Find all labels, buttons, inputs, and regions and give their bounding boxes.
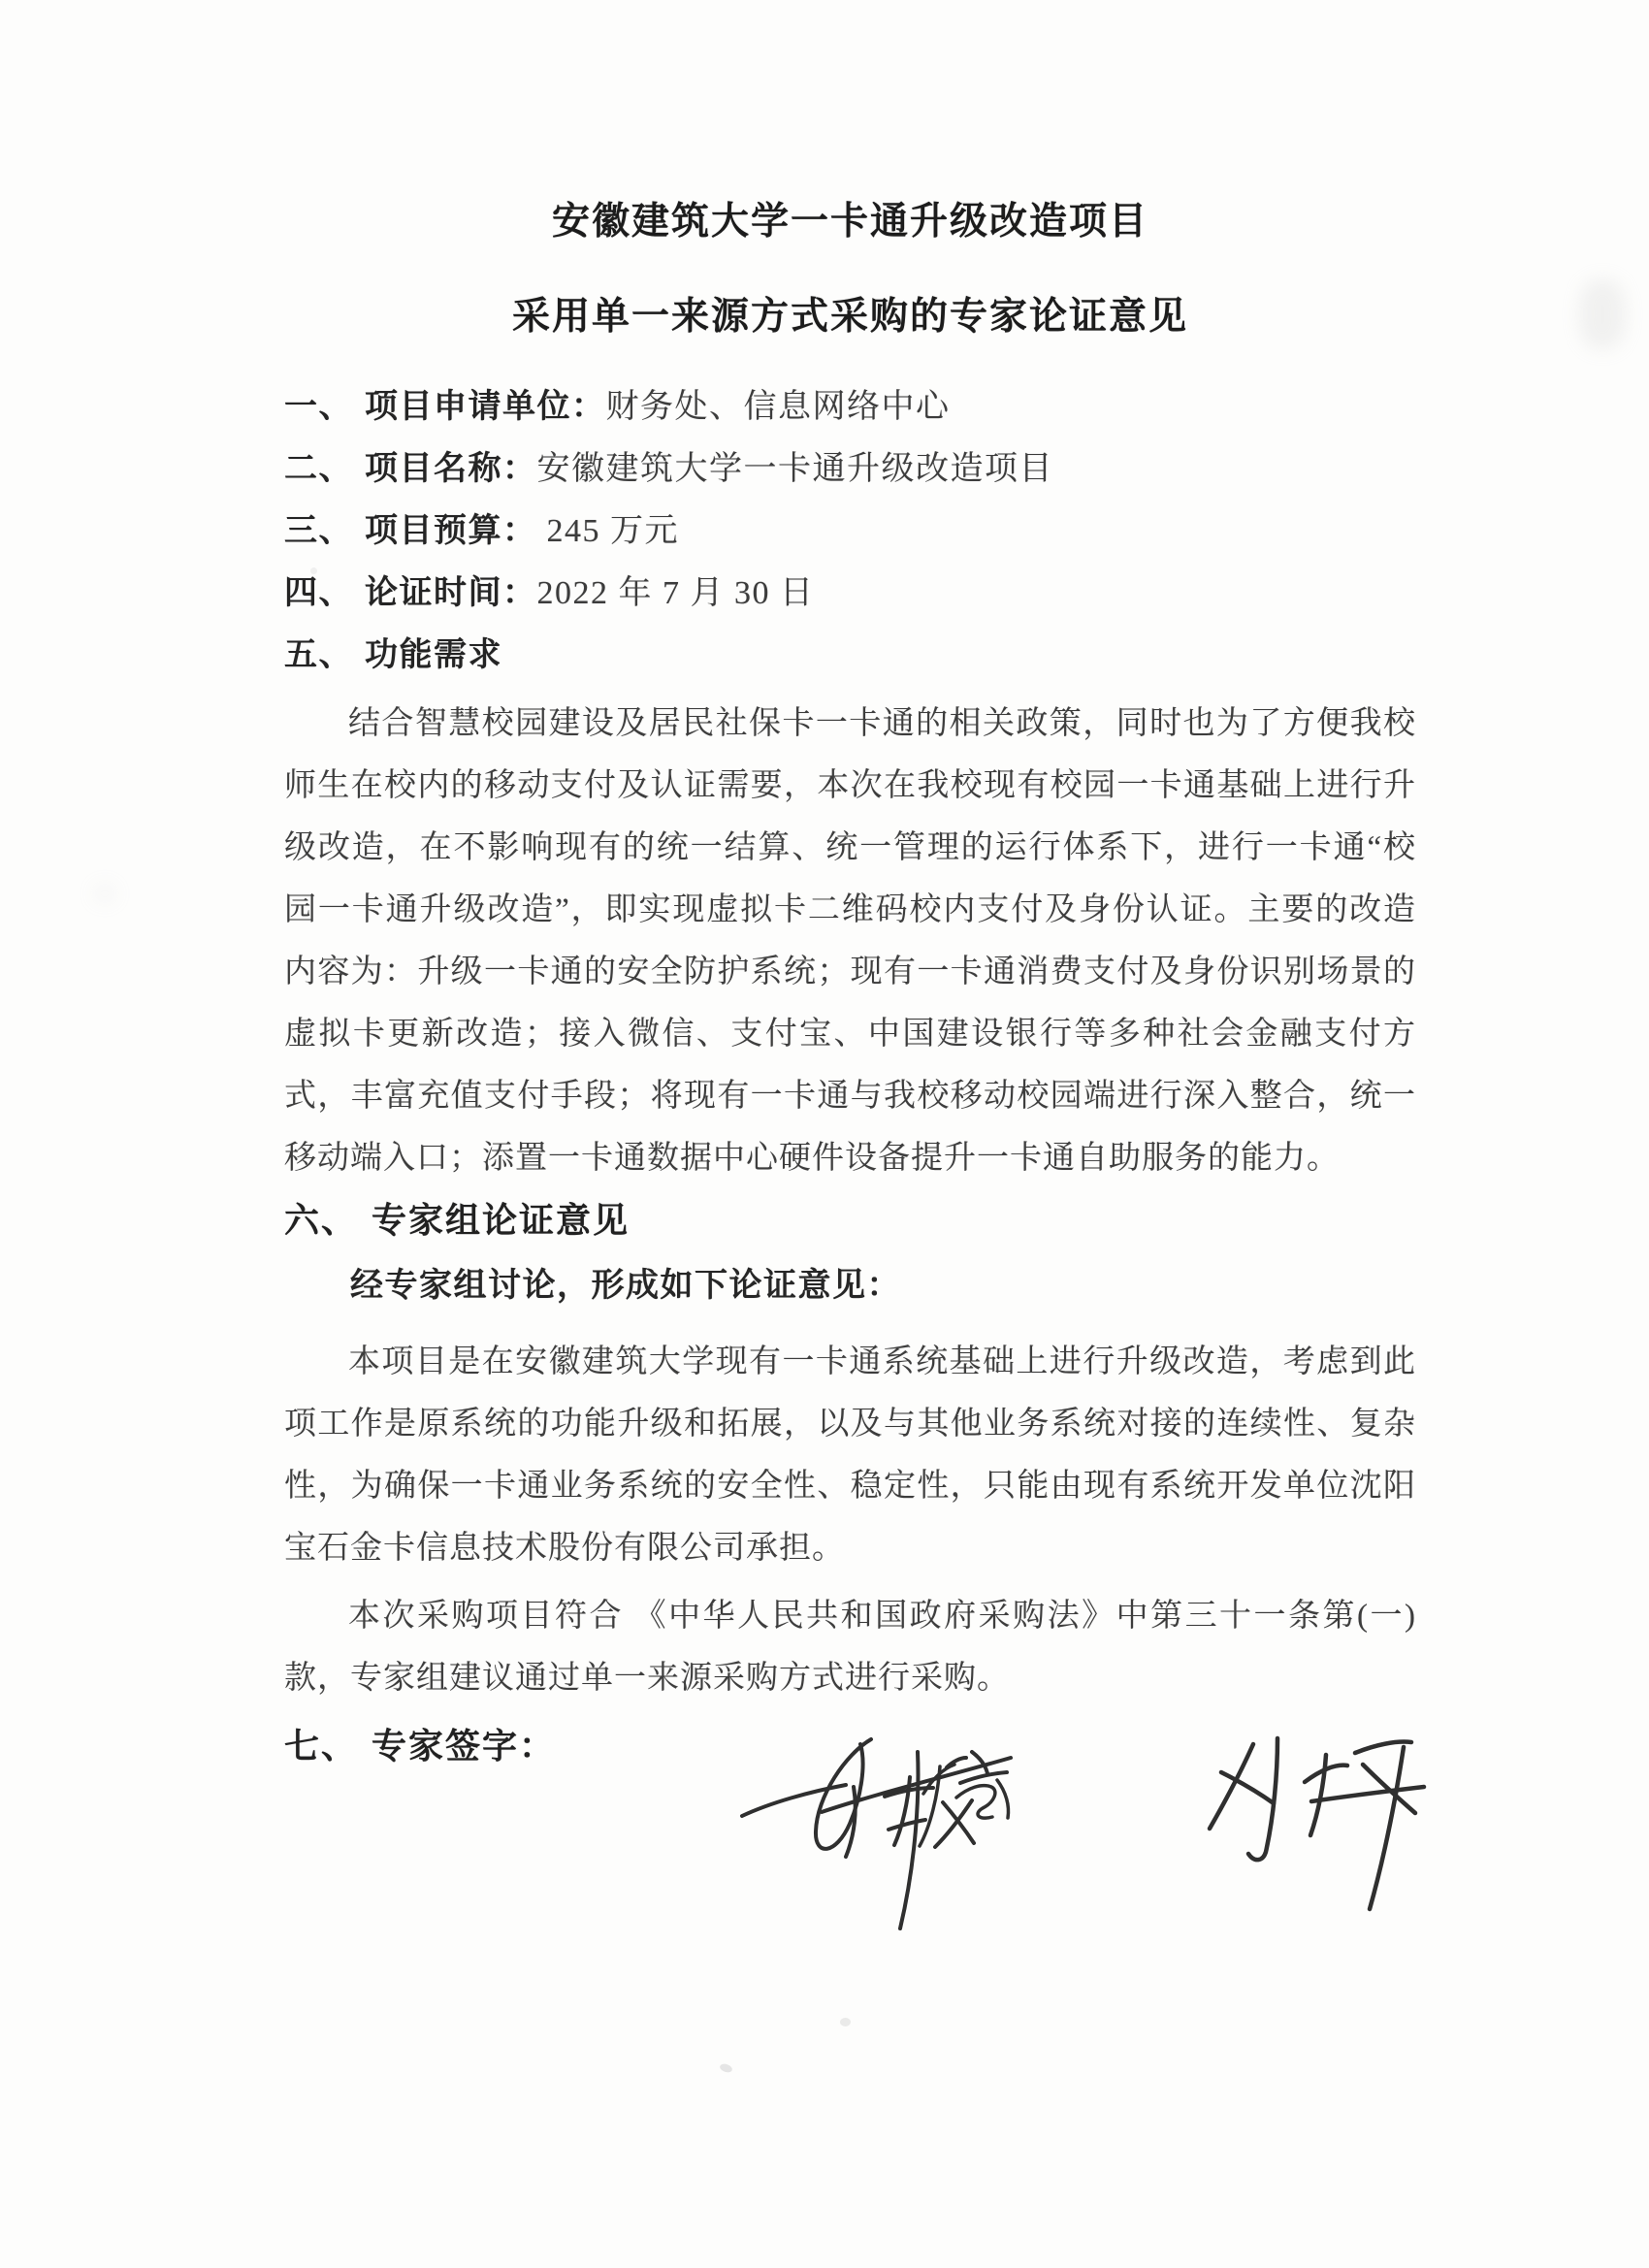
item-value: 245 万元 <box>537 513 680 549</box>
expert-signature-2 <box>920 1765 1009 1846</box>
item-number: 一、 <box>284 389 353 425</box>
item-label: 项目名称： <box>365 451 537 487</box>
item-number: 二、 <box>284 451 353 487</box>
item-value: 安徽建筑大学一卡通升级改造项目 <box>537 451 1054 487</box>
expert-discussion-intro: 经专家组讨论，形成如下论证意见： <box>284 1255 1416 1317</box>
list-item-budget: 三、项目预算： 245 万元 <box>284 501 1416 563</box>
signatures-area <box>669 1717 1455 1960</box>
expert-signature-3 <box>1210 1738 1424 1909</box>
scan-smudge <box>1579 279 1626 349</box>
list-item-review-date: 四、论证时间：2022 年 7 月 30 日 <box>284 563 1416 625</box>
item-label: 论证时间： <box>365 575 537 611</box>
expert-opinion-paragraph-2: 本次采购项目符合 《中华人民共和国政府采购法》中第三十一条第(一)款，专家组建议… <box>284 1585 1416 1709</box>
item-value: 财务处、信息网络中心 <box>606 389 951 425</box>
list-item-functional-requirements: 五、功能需求 <box>284 625 1416 687</box>
section6-number: 六、 <box>284 1201 358 1240</box>
section6-heading: 六、专家组论证意见 <box>284 1189 1416 1251</box>
scan-speck <box>310 567 317 574</box>
item-number: 四、 <box>284 575 353 611</box>
item-label: 项目申请单位： <box>365 389 606 425</box>
expert-signature-1 <box>742 1739 1011 1928</box>
scan-speck <box>840 2018 851 2026</box>
page-title-line2: 采用单一来源方式采购的专家论证意见 <box>284 287 1416 347</box>
section7-number: 七、 <box>284 1727 358 1766</box>
list-item-project-name: 二、项目名称：安徽建筑大学一卡通升级改造项目 <box>284 438 1416 501</box>
document-page: 安徽建筑大学一卡通升级改造项目 采用单一来源方式采购的专家论证意见 一、项目申请… <box>0 0 1649 2268</box>
page-title-line1: 安徽建筑大学一卡通升级改造项目 <box>284 192 1416 252</box>
functional-requirements-paragraph: 结合智慧校园建设及居民社保卡一卡通的相关政策，同时也为了方便我校师生在校内的移动… <box>284 693 1416 1189</box>
item-label: 功能需求 <box>365 637 502 673</box>
item-number: 五、 <box>284 637 353 673</box>
item-value: 2022 年 7 月 30 日 <box>537 575 815 611</box>
document-content: 安徽建筑大学一卡通升级改造项目 采用单一来源方式采购的专家论证意见 一、项目申请… <box>284 0 1416 1777</box>
scan-speck <box>719 2062 733 2074</box>
item-label: 项目预算： <box>365 513 537 549</box>
project-info-list: 一、项目申请单位：财务处、信息网络中心 二、项目名称：安徽建筑大学一卡通升级改造… <box>284 376 1416 687</box>
scan-smudge <box>92 883 117 904</box>
expert-opinion-paragraph-1: 本项目是在安徽建筑大学现有一卡通系统基础上进行升级改造，考虑到此项工作是原系统的… <box>284 1331 1416 1579</box>
list-item-applicant: 一、项目申请单位：财务处、信息网络中心 <box>284 376 1416 438</box>
item-number: 三、 <box>284 513 353 549</box>
section6-title: 专家组论证意见 <box>372 1201 630 1240</box>
section7-title: 专家签字： <box>372 1727 556 1766</box>
